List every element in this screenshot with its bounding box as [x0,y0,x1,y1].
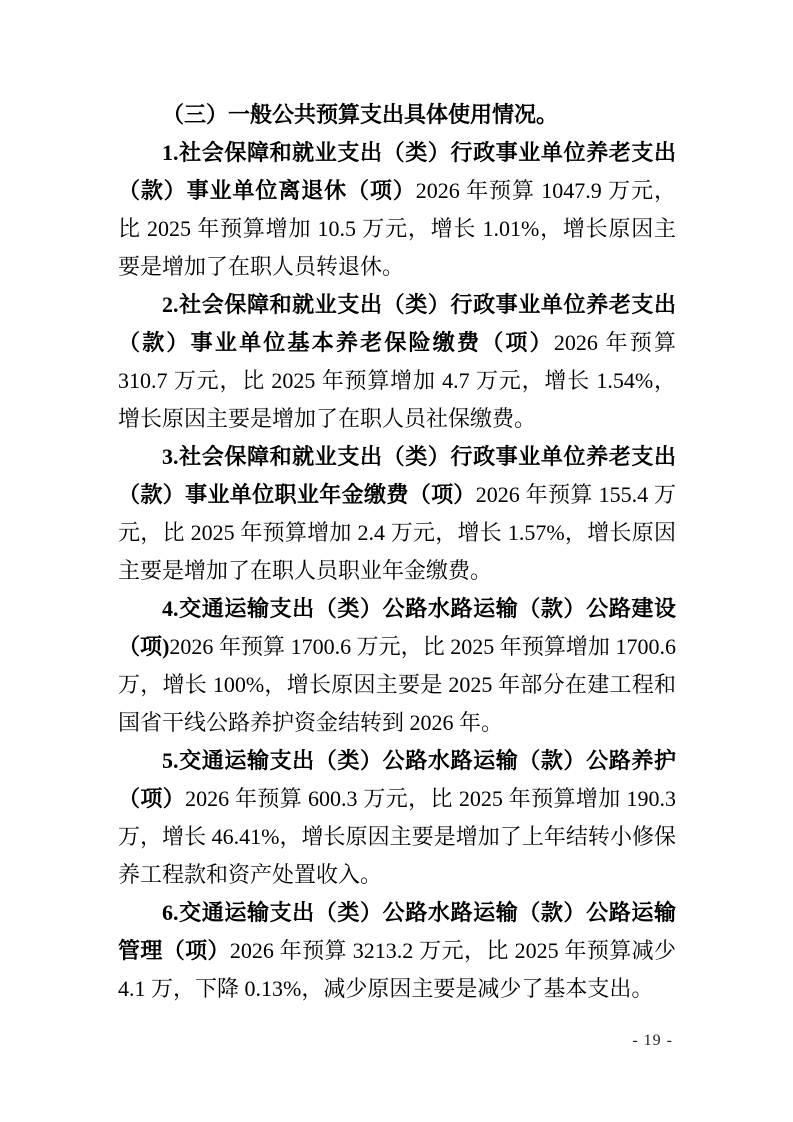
document-page: （三）一般公共预算支出具体使用情况。 1.社会保障和就业支出（类）行政事业单位养… [0,0,793,1122]
section-heading: （三）一般公共预算支出具体使用情况。 [118,96,676,134]
budget-paragraph-3: 3.社会保障和就业支出（类）行政事业单位养老支出（款）事业单位职业年金缴费（项）… [118,438,676,590]
budget-paragraph-5-body: 2026 年预算 600.3 万元，比 2025 年预算增加 190.3 万，增… [118,786,676,887]
budget-paragraph-4: 4.交通运输支出（类）公路水路运输（款）公路建设（项)2026 年预算 1700… [118,590,676,742]
budget-paragraph-5: 5.交通运输支出（类）公路水路运输（款）公路养护（项）2026 年预算 600.… [118,742,676,894]
budget-paragraph-1: 1.社会保障和就业支出（类）行政事业单位养老支出（款）事业单位离退休（项）202… [118,134,676,286]
budget-paragraph-4-body: 2026 年预算 1700.6 万元，比 2025 年预算增加 1700.6 万… [118,634,676,735]
budget-paragraph-2: 2.社会保障和就业支出（类）行政事业单位养老支出（款）事业单位基本养老保险缴费（… [118,286,676,438]
document-content: （三）一般公共预算支出具体使用情况。 1.社会保障和就业支出（类）行政事业单位养… [118,96,676,1008]
page-number: - 19 - [632,1031,673,1051]
budget-paragraph-6: 6.交通运输支出（类）公路水路运输（款）公路运输管理（项）2026 年预算 32… [118,894,676,1008]
